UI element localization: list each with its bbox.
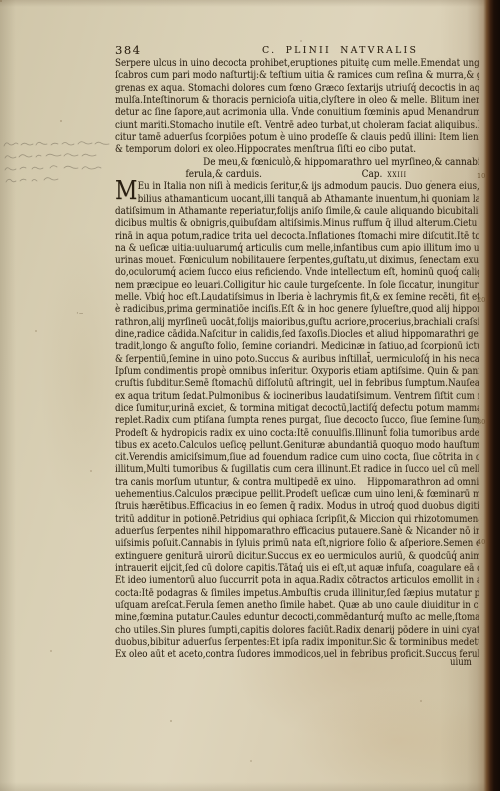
text-line: grenas ex aqua. Stomachi dolores cum fœn…	[115, 82, 479, 94]
text-line: extinguere geniturā uirorū dicitur.Succu…	[115, 550, 479, 562]
text-line: dine,radice cādida.Naſcitur in calidis,ſ…	[115, 328, 479, 340]
text-line: cocta:Itē podagras & ſimiles impetus.Amb…	[115, 587, 479, 599]
text-line: ciunt mariti.Stomacho inutile eſt. Ventr…	[115, 119, 479, 131]
text-line: urinas mouet. Fœniculum nobilitauere ſer…	[115, 254, 479, 266]
text-line: datiſsimum in Athamante reperiatur,folij…	[115, 205, 479, 217]
text-line: uehementius.Calculos præcipue pellit.Pro…	[115, 488, 479, 500]
text-line: ex aqua tritum ſedat.Pulmonibus & iocine…	[115, 390, 479, 402]
text-line: ſcabros cum pari modo naſturtij:& teſtiu…	[115, 69, 479, 81]
text-line: replet.Radix cum ptiſana ſumpta renes pu…	[115, 414, 479, 426]
chapter23-lines: Eu in Italia non niſi à medicis ſeritur,…	[115, 180, 479, 660]
text-line: rinā in aqua potum,radice trita uel deco…	[115, 230, 479, 242]
text-line: detur ac ſine ſapore,aut acrimonia ulla.…	[115, 106, 479, 118]
text-line: ſtruis hærētibus.Efficacius in eo ſemen …	[115, 500, 479, 512]
text-line: cruſtis ſubditur.Semē ſtomachū diſſolutū…	[115, 377, 479, 389]
text-line: citur tamē aduerſus ſcorpiōes potum è ui…	[115, 131, 479, 143]
text-line: dicibus multis & obnigris,quibuſdam alti…	[115, 217, 479, 229]
text-line: duobus,bibitur aduerſus ſerpentes:Et ipſ…	[115, 636, 479, 648]
margin-line-number: 30	[477, 418, 485, 426]
text-line: cit.Verendis amiciſsimum,ſiue ad fouendu…	[115, 451, 479, 463]
text-line: rathron,alij myrſineū uocāt,folijs maior…	[115, 316, 479, 328]
text-line: bilius athamanticum uocant,illi tanquā a…	[115, 193, 479, 205]
running-header: C. PLINII NATVRALIS	[262, 45, 418, 56]
margin-line-number: 20	[477, 296, 485, 304]
chapter-heading-line1: De meu,& fœniculò,& hippomarathro uel my…	[115, 156, 479, 168]
chapter-caption-label: Cap.	[362, 168, 383, 180]
handwriting-annotation-icon	[2, 137, 112, 191]
margin-line-number: 10	[477, 172, 485, 180]
text-line: tra canis morſum utuntur, & contra multi…	[115, 476, 479, 488]
catchword: uium	[450, 657, 472, 668]
foxing-specks	[0, 0, 2, 2]
margin-line-number: 40	[477, 538, 485, 546]
chapter-number: xxiii	[387, 168, 407, 180]
chapter-caption: Cap.xxiii	[362, 168, 407, 180]
text-line: tritū additur in potionē.Petridius qui o…	[115, 513, 479, 525]
drop-cap-initial: M	[115, 178, 137, 204]
page-number: 384	[115, 43, 141, 57]
text-line: Eu in Italia non niſi à medicis ſeritur,…	[115, 180, 479, 192]
text-line: è radicibus,prima germinatiōe inciſis.Eſ…	[115, 303, 479, 315]
text-line: Serpere ulcus in uino decocta prohibet,e…	[115, 57, 479, 69]
text-line: cho utiles.Sin plures ſumpti,capitis dol…	[115, 624, 479, 636]
text-line: intrauerit eijcit,ſed cū dolore capitis.…	[115, 562, 479, 574]
chapter22-continuation-block: Serpere ulcus in uino decocta prohibet,e…	[115, 57, 479, 156]
text-line: & ſerpentiū,ſemine in uino poto.Succus &…	[115, 353, 479, 365]
chapter-heading-continuation: ferula,& carduis.	[185, 168, 261, 180]
text-line: & temporum dolori ex oleo.Hippocrates me…	[115, 143, 479, 155]
text-line: Et ideo iumentorū aluo ſuccurrit pota in…	[115, 574, 479, 586]
text-line: do,oculorumq́ aciem ſucco eius reficiend…	[115, 266, 479, 278]
left-edge-shading	[0, 0, 16, 791]
top-edge-shading	[0, 0, 500, 7]
text-line: tibus ex aceto.Calculos ueſicę pellunt.G…	[115, 439, 479, 451]
text-line: dice ſumitur,urinā exciet, & tormina mit…	[115, 402, 479, 414]
text-line: Prodeſt & hydropicis radix ex uino cocta…	[115, 427, 479, 439]
text-line: Ex oleo aūt et aceto,contra ſudores immo…	[115, 648, 479, 660]
text-line: Ipſum condimentis propè omnibus inſeritu…	[115, 365, 479, 377]
text-line: illitum,Multi tumoribus & ſugillatis cum…	[115, 463, 479, 475]
text-line: na & ueſicæ uitia:uuluarumq́ articulis c…	[115, 242, 479, 254]
chapter23-block: M Eu in Italia non niſi à medicis ſeritu…	[115, 180, 479, 660]
text-line: uſquam areſcat.Ferula ſemen anetho ſimil…	[115, 599, 479, 611]
text-line: uiſsimis poſuit.Cannabis in ſyluis primū…	[115, 537, 479, 549]
margin-mark: ·–	[76, 309, 83, 319]
book-page: 384 C. PLINII NATVRALIS Serpere ulcus in…	[0, 0, 500, 791]
text-line: mine,fœmina putatur.Caules eduntur decoc…	[115, 611, 479, 623]
chapter-heading-line2: ferula,& carduis. Cap.xxiii	[115, 168, 479, 180]
paper-stain	[290, 690, 500, 790]
text-line: tradit,longo & anguſto folio, ſemine cor…	[115, 340, 479, 352]
text-line: aduerſus ſerpentes nihil hippomarathro e…	[115, 525, 479, 537]
text-line: nem præcipue eo leuari.Colligitur hic ca…	[115, 279, 479, 291]
text-column: Serpere ulcus in uino decocta prohibet,e…	[115, 57, 479, 682]
text-line: mulſa.Inteſtinorum & thoracis pernicioſa…	[115, 94, 479, 106]
bottom-edge-shading	[0, 782, 500, 791]
text-line: melle. Vbiq́ hoc eſt.Laudatiſsimus in Ib…	[115, 291, 479, 303]
